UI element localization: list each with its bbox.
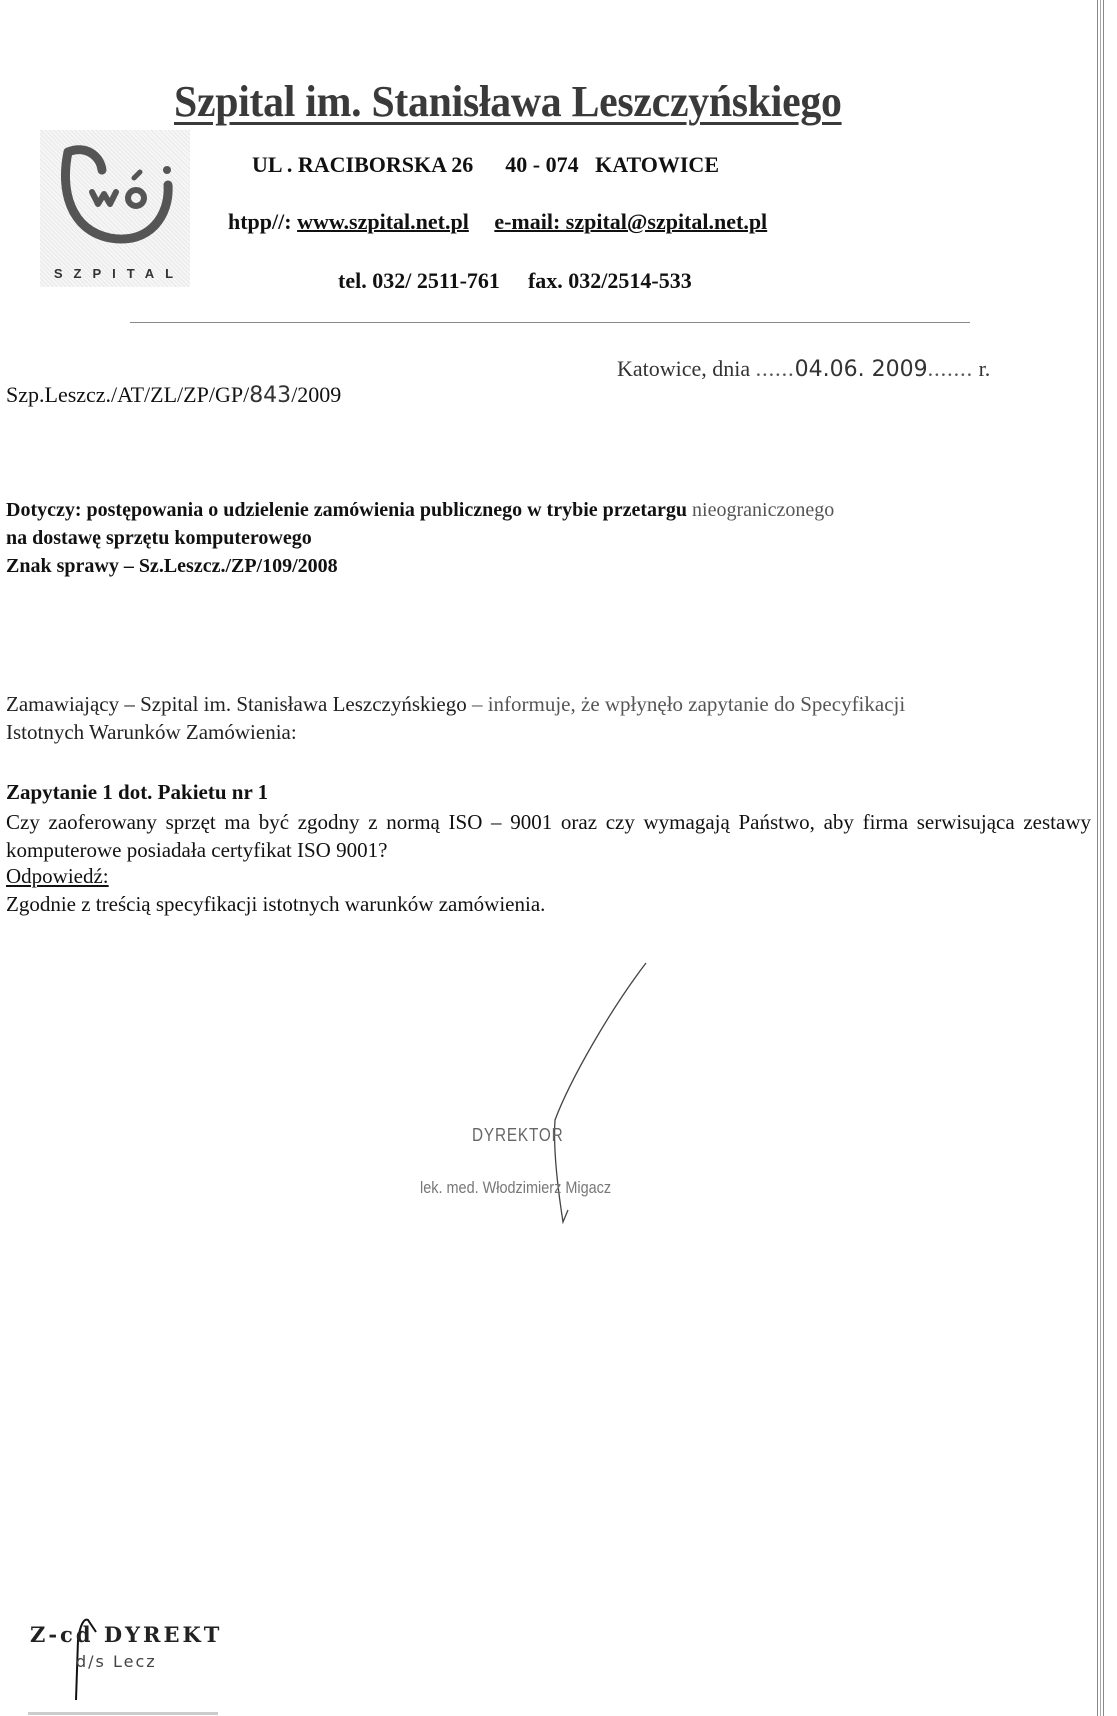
intro-line-2: Istotnych Warunków Zamówienia: [6,718,905,746]
street-address: UL . RACIBORSKA 26 [252,152,473,177]
stamp-title: Z-cd DYREKT [30,1622,222,1647]
subject-text: Dotyczy: postępowania o udzielenie zamów… [6,499,687,521]
date-handwritten: 04.06. 2009 [795,357,928,382]
reference-number-handwritten: 843 [249,383,291,408]
hospital-logo: SZPITAL [40,130,190,287]
subject-line-1: Dotyczy: postępowania o udzielenie zamów… [6,496,834,524]
logo-caption: SZPITAL [40,266,190,281]
stamp-subtitle: d/s Lecz [76,1652,157,1671]
twoj-smile-logo-icon [40,130,190,260]
scan-edge-line [1100,0,1101,1716]
document-reference: Szp.Leszcz./AT/ZL/ZP/GP/843/2009 [6,382,341,408]
subject-text-grey: nieograniczonego [692,499,834,521]
postal-city: 40 - 074 KATOWICE [505,152,719,177]
place-label: Katowice, dnia [617,356,750,381]
website-link[interactable]: www.szpital.net.pl [297,209,469,234]
header-divider [130,322,970,323]
answer-text: Zgodnie z treścią specyfikacji istotnych… [6,892,545,917]
question-body: Czy zaoferowany sprzęt ma być zgodny z n… [6,808,1091,864]
web-label: htpp//: [228,209,292,234]
answer-label: Odpowiedź: [6,864,109,889]
subject-line-2: na dostawę sprzętu komputerowego [6,524,834,552]
signatory-name: lek. med. Włodzimierz Migacz [420,1178,611,1198]
fax-number: fax. 032/2514-533 [528,268,692,293]
web-line: htpp//: www.szpital.net.pl e-mail: szpit… [228,209,767,235]
stamp-rule [28,1712,218,1715]
date-dots-after: ....... [928,356,974,381]
scan-edge-line [1097,0,1098,1716]
signatory-title: DYREKTOR [472,1125,564,1146]
scan-edge-line [1103,0,1104,1716]
reference-prefix: Szp.Leszcz./AT/ZL/ZP/GP/ [6,382,249,407]
intro-text-cont: – informuje, że wpłynęło zapytanie do Sp… [467,692,906,716]
question-heading: Zapytanie 1 dot. Pakietu nr 1 [6,780,268,805]
intro-paragraph: Zamawiający – Szpital im. Stanisława Les… [6,690,905,746]
contact-line: tel. 032/ 2511-761fax. 032/2514-533 [338,268,692,294]
year-suffix: r. [979,356,991,381]
email-link[interactable]: e-mail: szpital@szpital.net.pl [494,209,767,234]
reference-suffix: /2009 [291,382,341,407]
case-number: Znak sprawy – Sz.Leszcz./ZP/109/2008 [6,552,834,580]
subject-block: Dotyczy: postępowania o udzielenie zamów… [6,496,834,580]
date-dots: ...... [756,356,795,381]
intro-line-1: Zamawiający – Szpital im. Stanisława Les… [6,690,905,718]
address-line: UL . RACIBORSKA 2640 - 074 KATOWICE [252,152,719,178]
hospital-title: Szpital im. Stanisława Leszczyńskiego [174,76,842,127]
phone-number: tel. 032/ 2511-761 [338,268,500,293]
intro-text: Zamawiający – Szpital im. Stanisława Les… [6,692,467,716]
place-and-date: Katowice, dnia ......04.06. 2009....... … [617,356,990,382]
